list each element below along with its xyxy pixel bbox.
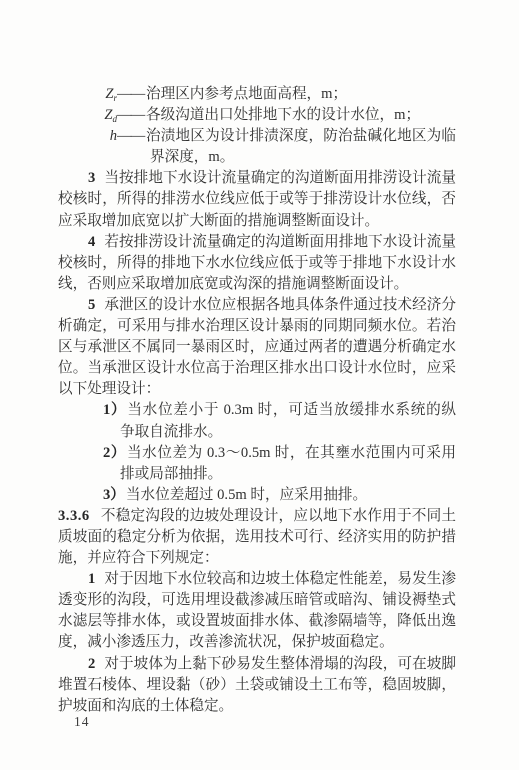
- variable-symbol: Zd: [58, 105, 117, 126]
- paragraph-line: 校核时，所得的排涝水位线应低于或等于排涝设计水位线，否则: [58, 189, 456, 210]
- paragraph-line: 度，减小渗透压力，改善渗流状况，保护坡面稳定。: [58, 632, 456, 653]
- line-text: 当水位差超过 0.5m 时，应采用抽排。: [126, 487, 367, 503]
- list-item-line: 1）当水位差小于 0.3m 时，可适当放缓排水系统的纵坡，: [58, 400, 456, 421]
- page-number: 14: [74, 714, 90, 730]
- definition-line: h——治渍地区为设计排渍深度，防治盐碱化地区为临: [58, 126, 456, 147]
- definition-text: 各级沟道出口处排地下水的设计水位，m；: [146, 105, 456, 126]
- item-number: 1: [88, 571, 95, 587]
- item-number: 3.3.6: [58, 508, 90, 524]
- paragraph-first-line: 1对于因地下水位较高和边坡土体稳定性能差，易发生渗: [58, 569, 456, 590]
- list-item-continuation-line: 排或局部抽排。: [58, 464, 456, 485]
- item-number: 4: [88, 234, 95, 250]
- definition-text: 治渍地区为设计排渍深度，防治盐碱化地区为临: [146, 126, 456, 147]
- item-number: 5: [88, 297, 95, 313]
- paragraph-first-line: 5承泄区的设计水位应根据各地具体条件通过技术经济分: [58, 295, 456, 316]
- item-number: 2）: [103, 445, 126, 461]
- paragraph-first-line: 3当按排地下水设计流量确定的沟道断面用排涝设计流量: [58, 168, 456, 189]
- definition-continuation-line: 界深度，m。: [58, 147, 456, 168]
- line-text: 若按排涝设计流量确定的沟道断面用排地下水设计流量: [104, 234, 456, 250]
- paragraph-line: 校核时，所得的排地下水水位线应低于或等于排地下水设计水位: [58, 253, 456, 274]
- paragraph-line: 析确定，可采用与排水治理区设计暴雨的同期同频水位。若治理: [58, 316, 456, 337]
- definition-line: Zr——治理区内参考点地面高程，m；: [58, 84, 456, 105]
- line-text: 承泄区的设计水位应根据各地具体条件通过技术经济分: [104, 297, 456, 313]
- item-number: 3: [88, 170, 95, 186]
- paragraph-line: 区与承泄区不属同一暴雨区时，应通过两者的遭遇分析确定水: [58, 337, 456, 358]
- line-text: 当按排地下水设计流量确定的沟道断面用排涝设计流量: [104, 170, 456, 186]
- em-dash: ——: [117, 105, 146, 126]
- document-page: Zr——治理区内参考点地面高程，m；Zd——各级沟道出口处排地下水的设计水位，m…: [0, 0, 519, 770]
- list-item-line: 2）当水位差为 0.3～0.5m 时，在其壅水范围内可采用缓: [58, 443, 456, 464]
- paragraph-line: 位。当承泄区设计水位高于治理区排水出口设计水位时，应采用: [58, 358, 456, 379]
- em-dash: ——: [117, 126, 146, 147]
- definition-line: Zd——各级沟道出口处排地下水的设计水位，m；: [58, 105, 456, 126]
- paragraph-line: 以下处理设计：: [58, 379, 456, 400]
- paragraph-first-line: 4若按排涝设计流量确定的沟道断面用排地下水设计流量: [58, 232, 456, 253]
- paragraph-line: 质坡面的稳定分析为依据，选用技术可行、经济实用的防护措: [58, 527, 456, 548]
- line-text: 当水位差小于 0.3m 时，可适当放缓排水系统的纵坡，: [103, 402, 456, 421]
- line-text: 不稳定沟段的边坡处理设计，应以地下水作用于不同土: [101, 508, 456, 524]
- item-number: 1）: [103, 402, 126, 418]
- paragraph-line: 护坡面和沟底的土体稳定。: [58, 696, 456, 717]
- definition-text: 治理区内参考点地面高程，m；: [146, 84, 456, 105]
- paragraph-line: 线，否则应采取增加底宽或沟深的措施调整断面设计。: [58, 274, 456, 295]
- paragraph-line: 应采取增加底宽以扩大断面的措施调整断面设计。: [58, 211, 456, 232]
- variable-symbol: Zr: [58, 84, 117, 105]
- line-text: 当水位差为 0.3～0.5m 时，在其壅水范围内可采用缓: [103, 445, 456, 464]
- paragraph-first-line: 2对于坡体为上黏下砂易发生整体滑塌的沟段，可在坡脚: [58, 654, 456, 675]
- list-item-continuation-line: 争取自流排水。: [58, 422, 456, 443]
- text-block: Zr——治理区内参考点地面高程，m；Zd——各级沟道出口处排地下水的设计水位，m…: [58, 84, 456, 717]
- paragraph-line: 施，并应符合下列规定：: [58, 548, 456, 569]
- paragraph-line: 堆置石棱体、埋设黏（砂）土袋或铺设土工布等，稳固坡脚，保: [58, 675, 456, 696]
- paragraph-line: 水滤层等排水体，或设置坡面排水体、截渗隔墙等，降低出逸高: [58, 611, 456, 632]
- paragraph-line: 透变形的沟段，可选用埋设截渗减压暗管或暗沟、铺设褥垫式排: [58, 590, 456, 611]
- section-heading-line: 3.3.6不稳定沟段的边坡处理设计，应以地下水作用于不同土: [58, 506, 456, 527]
- list-item-line: 3）当水位差超过 0.5m 时，应采用抽排。: [58, 485, 456, 506]
- item-number: 3）: [103, 487, 125, 503]
- em-dash: ——: [117, 84, 146, 105]
- line-text: 对于坡体为上黏下砂易发生整体滑塌的沟段，可在坡脚: [104, 656, 456, 672]
- variable-symbol: h: [58, 126, 117, 147]
- item-number: 2: [88, 656, 95, 672]
- line-text: 对于因地下水位较高和边坡土体稳定性能差，易发生渗: [104, 571, 456, 587]
